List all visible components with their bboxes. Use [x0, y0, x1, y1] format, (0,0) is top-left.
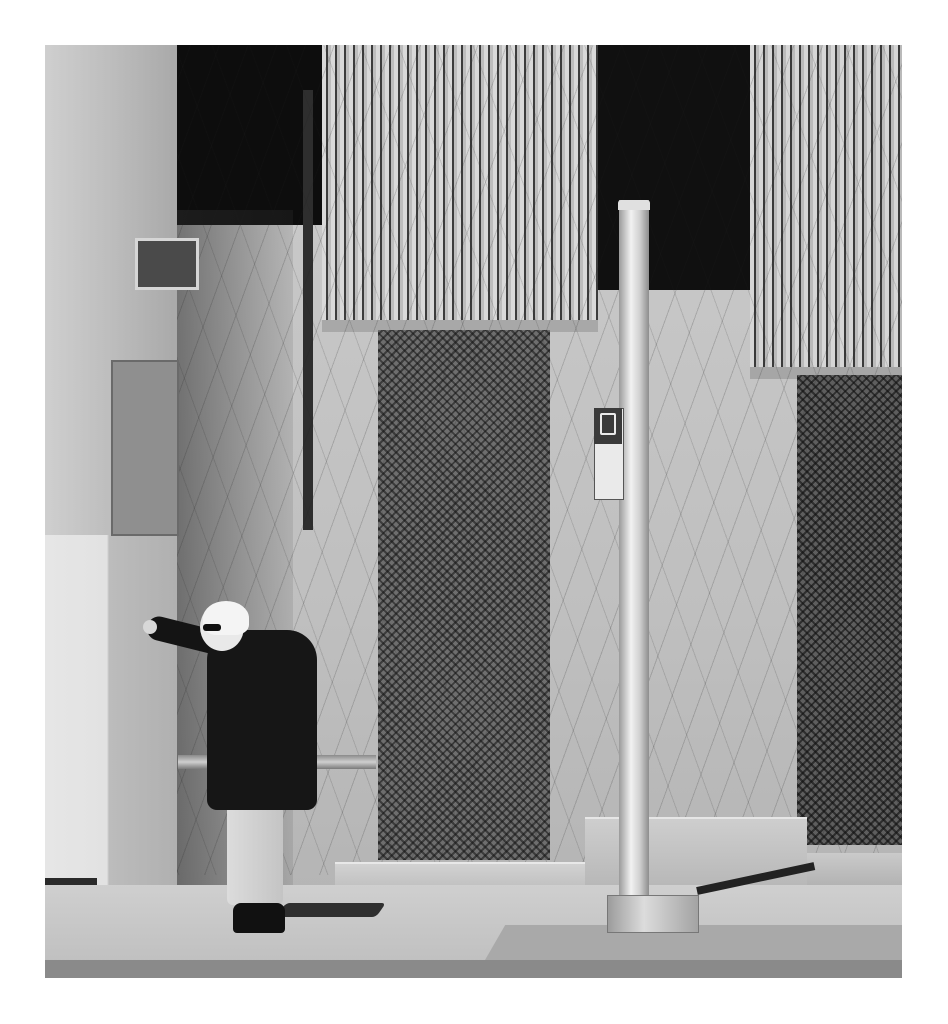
person-shoes	[233, 903, 285, 933]
metal-panel	[111, 360, 179, 536]
street	[45, 960, 902, 978]
person-hand	[143, 620, 157, 634]
dark-opening-left	[173, 45, 323, 225]
photograph	[45, 45, 902, 978]
pole-base	[607, 895, 699, 933]
pole-cap	[618, 200, 650, 210]
planter	[807, 853, 902, 889]
vine-covered-grate	[378, 330, 550, 860]
pedestrian-signal-icon	[135, 238, 199, 290]
concrete-pillar-lower	[45, 535, 177, 917]
vine-covered-grate	[797, 375, 902, 845]
person-shadow	[276, 903, 386, 917]
ribbed-concrete-panel	[750, 45, 902, 379]
drain-pipe	[303, 90, 313, 530]
bus-icon	[600, 413, 616, 435]
person-trousers	[227, 805, 283, 905]
ribbed-concrete-panel	[322, 45, 598, 332]
sunglasses	[203, 624, 221, 631]
person-coat	[207, 630, 317, 810]
bus-stop-pole	[619, 200, 649, 900]
